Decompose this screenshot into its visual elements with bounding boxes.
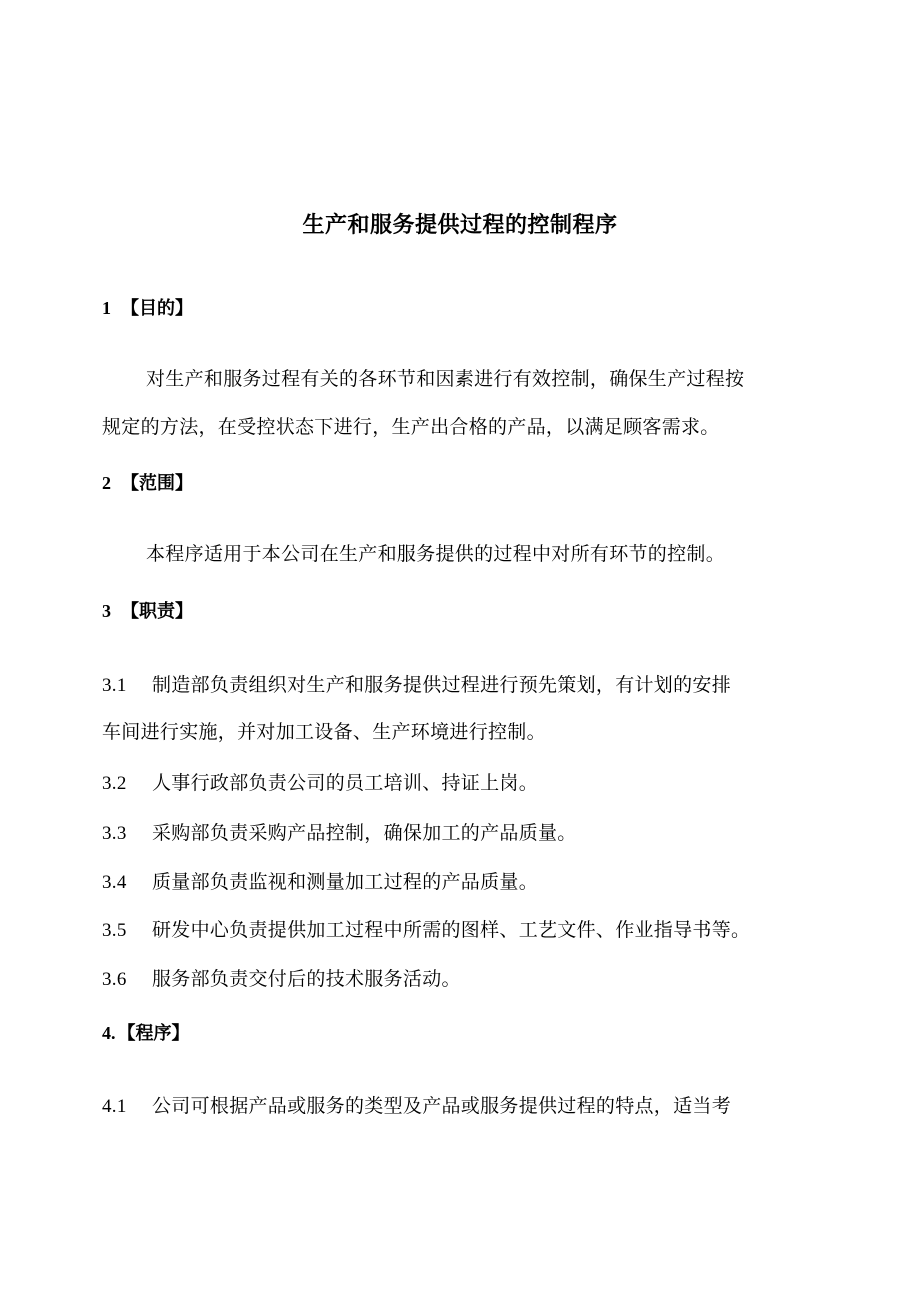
item-number: 3.2 [102,773,152,795]
item-number: 3.4 [102,872,152,894]
item-text: 公司可根据产品或服务的类型及产品或服务提供过程的特点，适当考 [152,1095,731,1117]
section-heading-purpose: 1【目的】 [102,294,193,320]
section-title: 【职责】 [121,601,193,622]
item-text: 人事行政部负责公司的员工培训、持证上岗。 [152,772,538,794]
section-number: 2 [102,473,111,493]
list-item-4-1: 4.1公司可根据产品或服务的类型及产品或服务提供过程的特点，适当考 [102,1091,832,1118]
list-item-3-5: 3.5研发中心负责提供加工过程中所需的图样、工艺文件、作业指导书等。 [102,915,832,942]
document-title: 生产和服务提供过程的控制程序 [0,208,920,239]
item-text: 服务部负责交付后的技术服务活动。 [152,968,461,990]
item-text: 质量部负责监视和测量加工过程的产品质量。 [152,871,538,893]
item-number: 3.5 [102,920,152,942]
item-number: 3.6 [102,969,152,991]
section-title: 【程序】 [118,1023,190,1044]
paragraph-line: 规定的方法，在受控状态下进行，生产出合格的产品，以满足顾客需求。 [102,412,832,439]
item-number: 3.3 [102,823,152,845]
list-item-3-3: 3.3采购部负责采购产品控制，确保加工的产品质量。 [102,818,832,845]
list-item-continuation: 车间进行实施，并对加工设备、生产环境进行控制。 [102,717,832,744]
list-item-3-6: 3.6服务部负责交付后的技术服务活动。 [102,964,832,991]
item-text: 研发中心负责提供加工过程中所需的图样、工艺文件、作业指导书等。 [152,919,750,941]
section-number: 4. [102,1023,116,1043]
list-item-3-2: 3.2人事行政部负责公司的员工培训、持证上岗。 [102,768,832,795]
section-heading-responsibilities: 3【职责】 [102,597,193,623]
item-number: 3.1 [102,675,152,697]
item-text: 采购部负责采购产品控制，确保加工的产品质量。 [152,822,577,844]
section-heading-scope: 2【范围】 [102,469,193,495]
section-number: 1 [102,298,111,318]
section-heading-procedure: 4.【程序】 [102,1019,190,1045]
list-item-3-4: 3.4质量部负责监视和测量加工过程的产品质量。 [102,867,832,894]
item-number: 4.1 [102,1096,152,1118]
section-title: 【范围】 [121,473,193,494]
list-item-3-1: 3.1制造部负责组织对生产和服务提供过程进行预先策划，有计划的安排 [102,670,832,697]
paragraph-line: 对生产和服务过程有关的各环节和因素进行有效控制，确保生产过程按 [146,364,876,391]
paragraph-line: 本程序适用于本公司在生产和服务提供的过程中对所有环节的控制。 [146,539,876,566]
item-text: 制造部负责组织对生产和服务提供过程进行预先策划，有计划的安排 [152,674,731,696]
section-title: 【目的】 [121,298,193,319]
section-number: 3 [102,601,111,621]
document-page: 生产和服务提供过程的控制程序 1【目的】 对生产和服务过程有关的各环节和因素进行… [0,0,920,1301]
